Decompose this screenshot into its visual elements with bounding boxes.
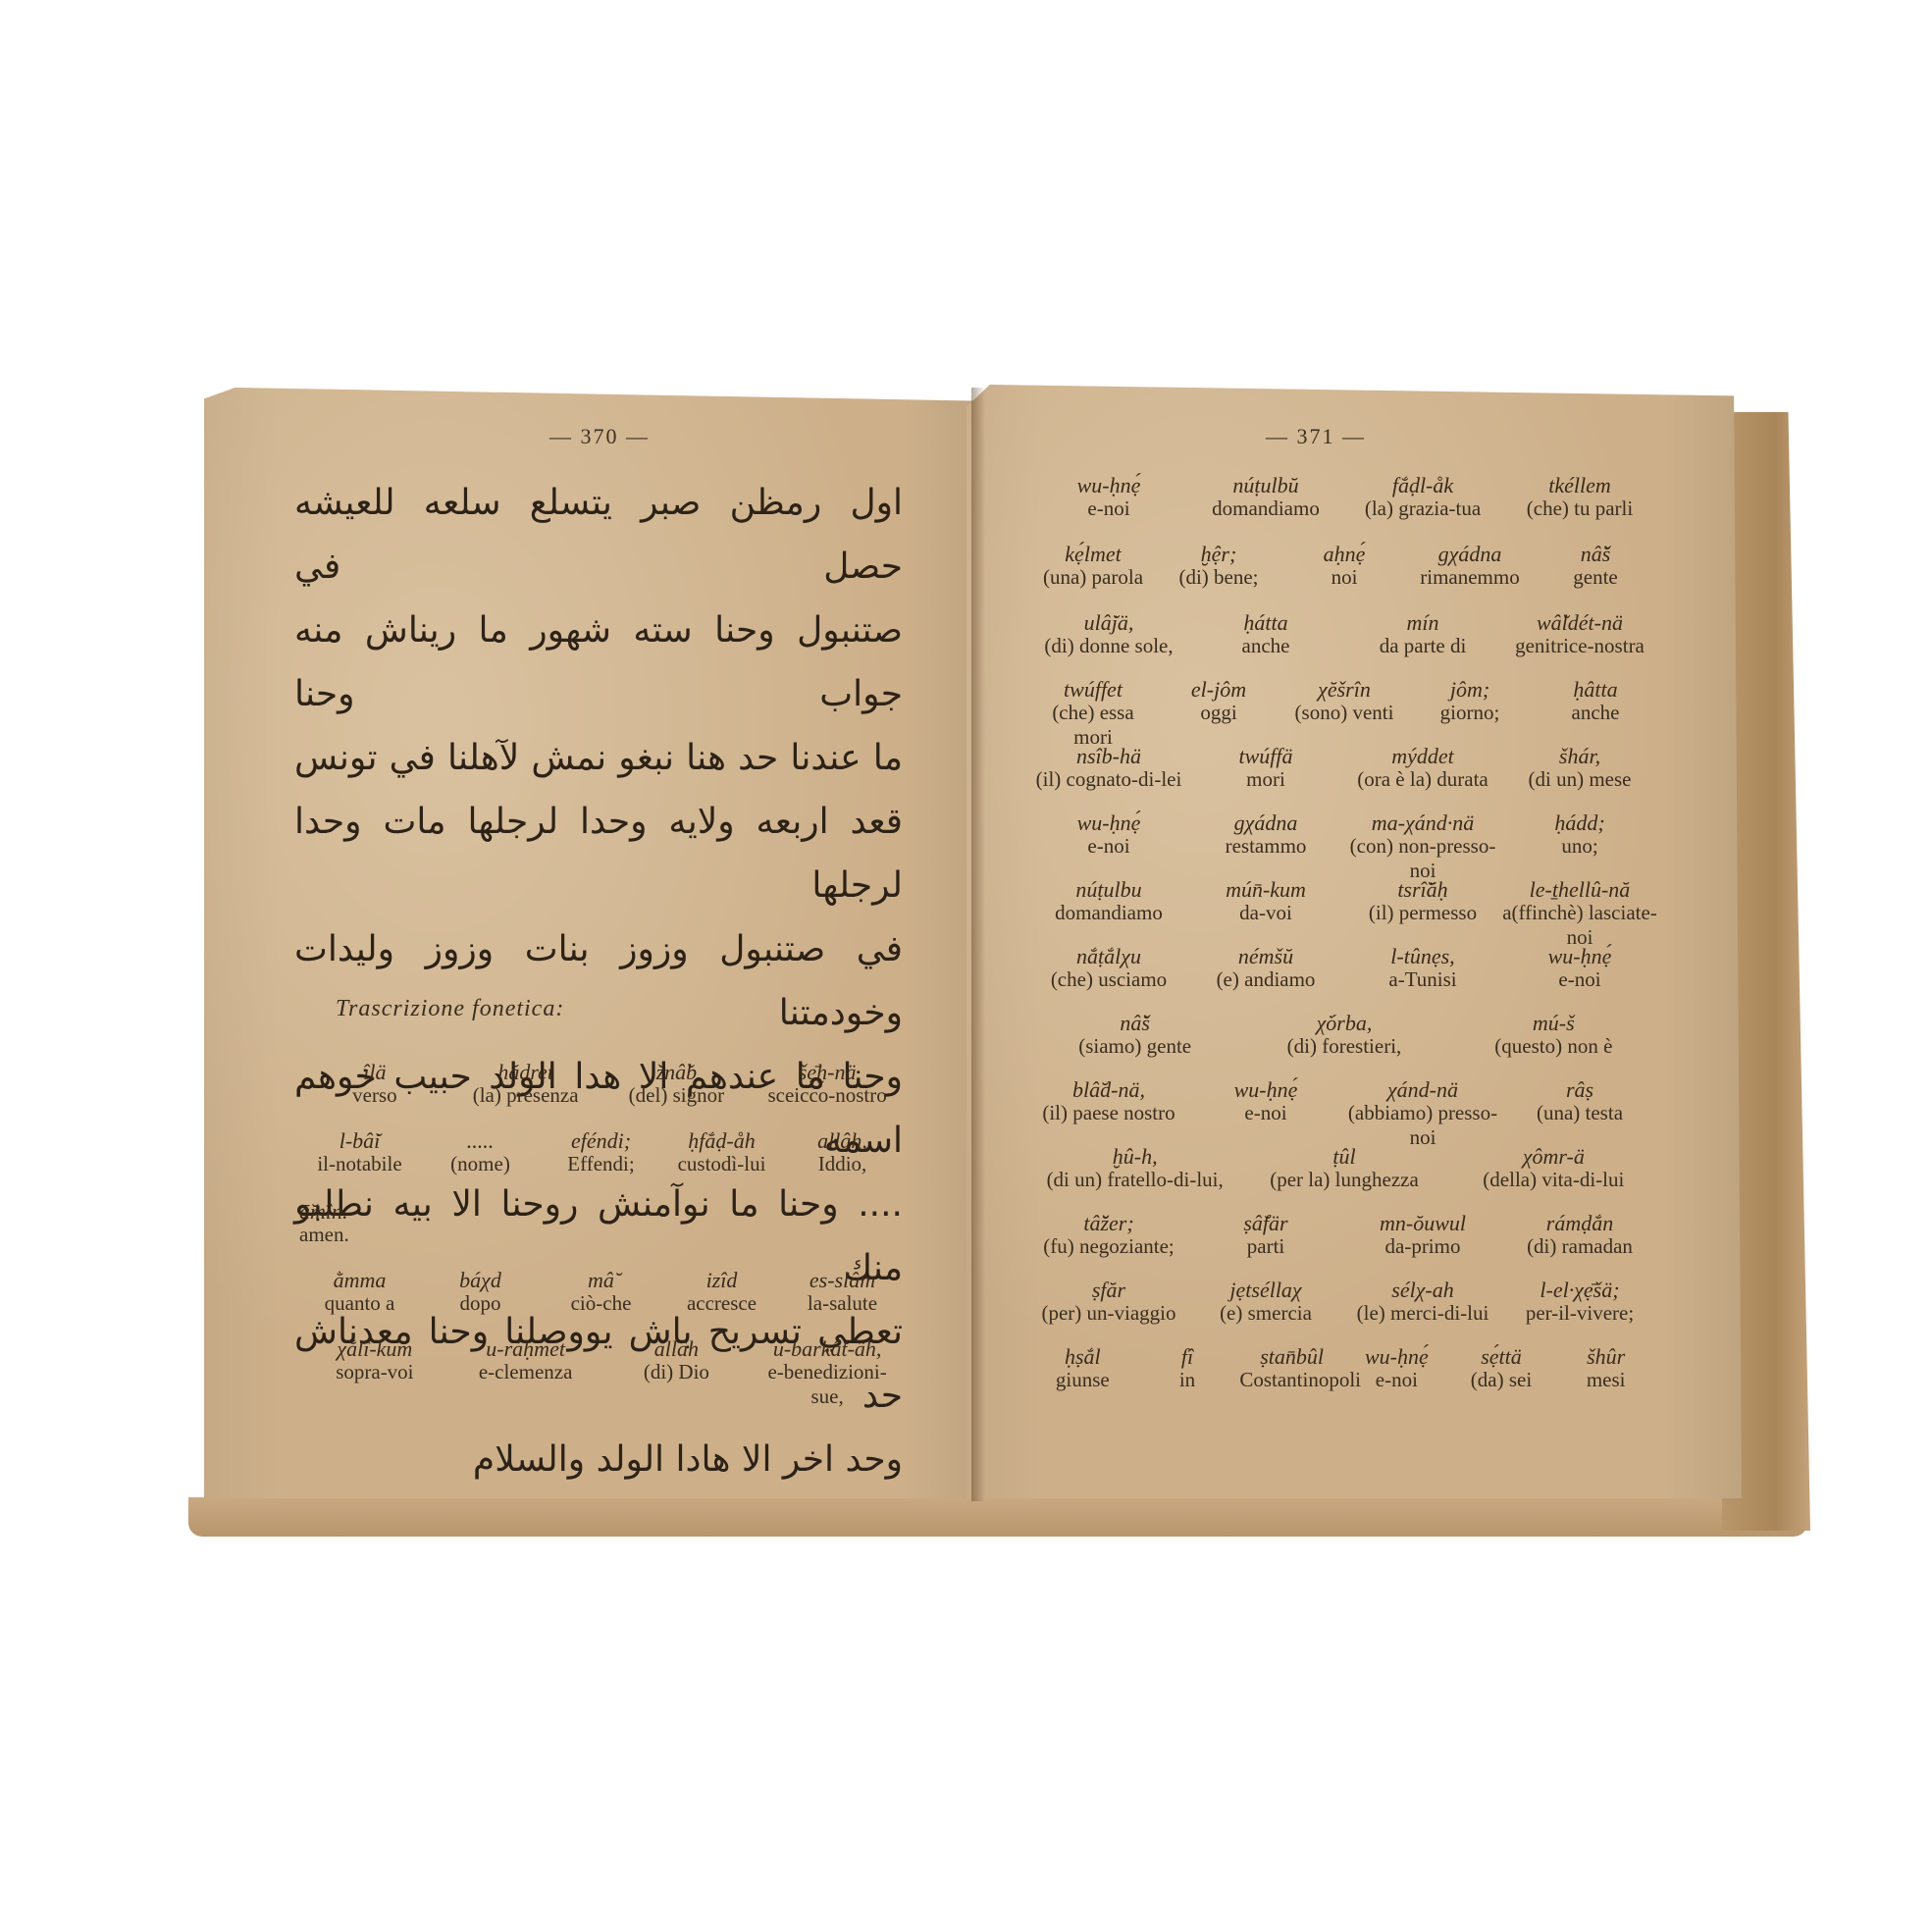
gloss-pair: mýddet(ora è la) durata: [1344, 744, 1501, 792]
transliteration: ḥádd;: [1501, 810, 1658, 836]
italian-gloss: (del) signor: [601, 1083, 753, 1108]
page-number-left: — 370 —: [549, 424, 650, 449]
italian-gloss: (di) ramadan: [1501, 1234, 1658, 1259]
transliteration: mýddet: [1344, 744, 1501, 769]
gloss-pair: žnâ̆b(del) signor: [601, 1060, 753, 1108]
transliteration: tâ̆žer;: [1030, 1211, 1187, 1236]
transliteration: ḫệr;: [1156, 542, 1281, 567]
italian-gloss: gente: [1533, 565, 1658, 590]
transliteration: χômr-ä: [1449, 1144, 1658, 1170]
italian-gloss: (di un) mese: [1501, 767, 1658, 792]
italian-gloss: mesi: [1553, 1368, 1658, 1392]
italian-gloss: e-noi: [1501, 967, 1658, 992]
italian-gloss: domandiamo: [1187, 496, 1344, 521]
transliteration: mún̄-kum: [1187, 877, 1344, 903]
transliteration: nắṭắlχu: [1030, 944, 1187, 969]
gloss-pair: ma-χánd·nä(con) non-presso-noi: [1344, 810, 1501, 883]
italian-gloss: sopra-voi: [299, 1360, 450, 1384]
arabic-line: وحد اخر الا هادا الولد والسلام: [294, 1428, 903, 1491]
italian-gloss: anche: [1187, 634, 1344, 658]
gloss-pair: ḫû-h,(di un) fratello-di-lui,: [1030, 1144, 1239, 1192]
transliteration: nâ̆š: [1533, 542, 1658, 567]
gloss-pair: nâ̆šgente: [1533, 542, 1658, 590]
transliteration: ḥátta: [1187, 610, 1344, 636]
italian-gloss: domandiamo: [1030, 901, 1187, 925]
italian-gloss: (di) donne sole,: [1030, 634, 1187, 658]
gloss-pair: mún̄-kumda-voi: [1187, 877, 1344, 925]
transliteration: ṣtan̄bûl: [1239, 1344, 1344, 1370]
gloss-pair: nâ̆š(siamo) gente: [1030, 1011, 1239, 1059]
transliteration: mn-ŏuwul: [1344, 1211, 1501, 1236]
italian-gloss: ciò-che: [541, 1291, 661, 1316]
transliteration: izîd: [661, 1268, 782, 1293]
transliteration: eféndi;: [541, 1128, 661, 1154]
italian-gloss: da-primo: [1344, 1234, 1501, 1259]
italian-gloss: in: [1135, 1368, 1240, 1392]
transliteration: wu-ḥnẹ́: [1344, 1344, 1449, 1370]
gloss-pair: wu-ḥnẹ́e-noi: [1344, 1344, 1449, 1392]
transliteration: χ̇órba,: [1239, 1011, 1448, 1036]
italian-gloss: e-noi: [1030, 496, 1187, 521]
italian-gloss: (della) vita-di-lui: [1449, 1168, 1658, 1192]
transliteration: žnâ̆b: [601, 1060, 753, 1085]
transliteration: tkéllem: [1501, 473, 1658, 498]
transliteration: nâ̆š: [1030, 1011, 1239, 1036]
italian-gloss: noi: [1281, 565, 1407, 590]
transliteration: χĕšrîn: [1281, 677, 1407, 703]
italian-gloss: e-clemenza: [450, 1360, 601, 1384]
transliteration: jẹtséllaχ: [1187, 1278, 1344, 1303]
italian-gloss: Costantinopoli: [1239, 1368, 1344, 1392]
gloss-pair: ḥáttaanche: [1187, 610, 1344, 658]
gloss-pair: báχddopo: [420, 1268, 541, 1316]
gloss-pair: ằmmaquanto a: [299, 1268, 420, 1316]
gloss-pair: jôm;giorno;: [1407, 677, 1533, 725]
transliteration: râṣ: [1501, 1077, 1658, 1103]
italian-gloss: (per la) lunghezza: [1239, 1168, 1448, 1192]
transliteration: wâ̆ldét-nä: [1501, 610, 1658, 636]
transliteration: mâ̆: [541, 1268, 661, 1293]
italian-gloss: (di un) fratello-di-lui,: [1030, 1168, 1239, 1192]
gloss-pair: mú-š(questo) non è: [1449, 1011, 1658, 1059]
italian-gloss: e-noi: [1344, 1368, 1449, 1392]
italian-gloss: e-noi: [1030, 834, 1187, 859]
gloss-pair: l-tûnẹs,a-Tunisi: [1344, 944, 1501, 992]
gloss-pair: îläverso: [299, 1060, 450, 1108]
italian-gloss: (che) essa mori: [1030, 701, 1156, 750]
gloss-pair: fîin: [1135, 1344, 1240, 1392]
gloss-pair: χĕšrîn(sono) venti: [1281, 677, 1407, 725]
italian-gloss: da-voi: [1187, 901, 1344, 925]
gloss-pair: šhár,(di un) mese: [1501, 744, 1658, 792]
transliteration: núṭulbŭ: [1187, 473, 1344, 498]
transliteration: šhár,: [1501, 744, 1658, 769]
transliteration: ā̆mîn.: [299, 1199, 417, 1225]
gloss-pair: χ̇órba,(di) forestieri,: [1239, 1011, 1448, 1059]
italian-gloss: (per) un-viaggio: [1030, 1301, 1187, 1326]
transliteration: šẹ̄ḫ-nä: [752, 1060, 903, 1085]
gloss-pair: ḥădret(la) presenza: [450, 1060, 601, 1108]
gloss-pair: mínda parte di: [1344, 610, 1501, 658]
gloss-pair: allâh(di) Dio: [601, 1336, 753, 1384]
transliteration: îlä: [299, 1060, 450, 1085]
italian-gloss: parti: [1187, 1234, 1344, 1259]
italian-gloss: (di) Dio: [601, 1360, 753, 1384]
italian-gloss: (il) paese nostro: [1030, 1101, 1187, 1125]
transliteration: wu-ḥnẹ́: [1187, 1077, 1344, 1103]
transliteration: χánd-nä: [1344, 1077, 1501, 1103]
gloss-pair: l-bâ̆iil-notabile: [299, 1128, 420, 1176]
italian-gloss: restammo: [1187, 834, 1344, 859]
italian-gloss: (la) presenza: [450, 1083, 601, 1108]
transliteration: aḥnẹ́: [1281, 542, 1407, 567]
gloss-pair: kẹ́lmet(una) parola: [1030, 542, 1156, 590]
italian-gloss: (di) forestieri,: [1239, 1034, 1448, 1059]
transliteration: sélχ-ah: [1344, 1278, 1501, 1303]
section-heading: Trascrizione fonetica:: [336, 996, 564, 1022]
transliteration: núṭulbu: [1030, 877, 1187, 903]
italian-gloss: (il) permesso: [1344, 901, 1501, 925]
gloss-pair: ṣtan̄bûlCostantinopoli: [1239, 1344, 1344, 1392]
gloss-pair: fắḍl-åk(la) grazia-tua: [1344, 473, 1501, 521]
arabic-line: صتنبول وحنا سته شهور ما ريناش منه جواب و…: [294, 599, 903, 726]
transliteration: wu-ḥnẹ́: [1030, 810, 1187, 836]
transliteration: allâh,: [782, 1128, 903, 1154]
gloss-pair: wu-ḥnẹ́e-noi: [1501, 944, 1658, 992]
gloss-pair: ulâ̆jä,(di) donne sole,: [1030, 610, 1187, 658]
gloss-pair: ṭûl(per la) lunghezza: [1239, 1144, 1448, 1192]
transliteration: u-barkâ̆t-äh,: [752, 1336, 903, 1362]
italian-gloss: mori: [1187, 767, 1344, 792]
italian-gloss: e-noi: [1187, 1101, 1344, 1125]
italian-gloss: da parte di: [1344, 634, 1501, 658]
gloss-pair: wu-ḥnẹ́e-noi: [1030, 473, 1187, 521]
gloss-pair: ḥâttaanche: [1533, 677, 1658, 725]
gloss-pair: wu-ḥnẹ́e-noi: [1187, 1077, 1344, 1125]
italian-gloss: sceicco-nostro: [752, 1083, 903, 1108]
gloss-pair: rámḍắn(di) ramadan: [1501, 1211, 1658, 1259]
transliteration: l-el·χẹ̄šä;: [1501, 1278, 1658, 1303]
transliteration: ḫû-h,: [1030, 1144, 1239, 1170]
italian-gloss: (fu) negoziante;: [1030, 1234, 1187, 1259]
transliteration: le-ṯhellû-nă: [1501, 877, 1658, 903]
gloss-pair: némšŭ(e) andiamo: [1187, 944, 1344, 992]
italian-gloss: (il) cognato-di-lei: [1030, 767, 1187, 792]
transliteration: mín: [1344, 610, 1501, 636]
transliteration: twúffet: [1030, 677, 1156, 703]
gloss-pair: ḫệr;(di) bene;: [1156, 542, 1281, 590]
gloss-pair: ṣfăr(per) un-viaggio: [1030, 1278, 1187, 1326]
gloss-pair: núṭulbudomandiamo: [1030, 877, 1187, 925]
italian-gloss: (da) sei: [1449, 1368, 1554, 1392]
transliteration: jôm;: [1407, 677, 1533, 703]
transliteration: fắḍl-åk: [1344, 473, 1501, 498]
gloss-pair: gχádnarestammo: [1187, 810, 1344, 859]
gloss-pair: eféndi;Effendi;: [541, 1128, 661, 1176]
gloss-pair: aḥnẹ́noi: [1281, 542, 1407, 590]
transliteration: ḥṣắl: [1030, 1344, 1135, 1370]
arabic-line: اول رمظن صبر يتسلع سلعه للعيشه حصل في: [294, 471, 903, 599]
gloss-pair: gχádnarimanemmo: [1407, 542, 1533, 590]
transliteration: tsrî̆ăḥ: [1344, 877, 1501, 903]
italian-gloss: custodì-lui: [661, 1152, 782, 1176]
transliteration: ḥfắḍ-åh: [661, 1128, 782, 1154]
gloss-pair: wu-ḥnẹ́e-noi: [1030, 810, 1187, 859]
italian-gloss: (ora è la) durata: [1344, 767, 1501, 792]
transliteration: l-tûnẹs,: [1344, 944, 1501, 969]
arabic-line: قعد اربعه ولايه وحدا لرجلها مات وحدا لرج…: [294, 790, 903, 917]
transliteration: u-ráḥmet: [450, 1336, 601, 1362]
transliteration: báχd: [420, 1268, 541, 1293]
transliteration: ulâ̆jä,: [1030, 610, 1187, 636]
italian-gloss: (la) grazia-tua: [1344, 496, 1501, 521]
transliteration: ṣfăr: [1030, 1278, 1187, 1303]
italian-gloss: (di) bene;: [1156, 565, 1281, 590]
italian-gloss: Effendi;: [541, 1152, 661, 1176]
arabic-line: ما عندنا حد هنا نبغو نمش لآهلنا في تونس: [294, 726, 903, 790]
italian-gloss: (nome): [420, 1152, 541, 1176]
italian-gloss: il-notabile: [299, 1152, 420, 1176]
italian-gloss: (siamo) gente: [1030, 1034, 1239, 1059]
gloss-pair: wâ̆ldét-nägenitrice-nostra: [1501, 610, 1658, 658]
italian-gloss: anche: [1533, 701, 1658, 725]
gloss-pair: sélχ-ah(le) merci-di-lui: [1344, 1278, 1501, 1326]
transliteration: fî: [1135, 1344, 1240, 1370]
transliteration: l-bâ̆i: [299, 1128, 420, 1154]
book-gutter: [971, 388, 985, 1501]
italian-gloss: (le) merci-di-lui: [1344, 1301, 1501, 1326]
transliteration: nsîb-hä: [1030, 744, 1187, 769]
italian-gloss: per-il-vivere;: [1501, 1301, 1658, 1326]
book-cover-bottom-edge: [188, 1497, 1807, 1537]
italian-gloss: (abbiamo) presso-noi: [1344, 1101, 1501, 1150]
gloss-pair: izîdaccresce: [661, 1268, 782, 1316]
gloss-pair: el-jômoggi: [1156, 677, 1281, 725]
gloss-pair: l-el·χẹ̄šä;per-il-vivere;: [1501, 1278, 1658, 1326]
transliteration: blâ̆d-nä,: [1030, 1077, 1187, 1103]
gloss-pair: ḥṣắlgiunse: [1030, 1344, 1135, 1392]
gloss-pair: mn-ŏuwulda-primo: [1344, 1211, 1501, 1259]
italian-gloss: (e) smercia: [1187, 1301, 1344, 1326]
italian-gloss: (che) tu parli: [1501, 496, 1658, 521]
gloss-pair: šẹ̄ḫ-näsceicco-nostro: [752, 1060, 903, 1108]
gloss-pair: râṣ(una) testa: [1501, 1077, 1658, 1125]
italian-gloss: la-salute: [782, 1291, 903, 1316]
arabic-line: في صتنبول وزوز بنات وزوز وليدات وخودمتنا: [294, 917, 903, 1045]
italian-gloss: giorno;: [1407, 701, 1533, 725]
transliteration: rámḍắn: [1501, 1211, 1658, 1236]
gloss-pair: jẹtséllaχ(e) smercia: [1187, 1278, 1344, 1326]
page-number-right: — 371 —: [1266, 424, 1366, 449]
italian-gloss: a-Tunisi: [1344, 967, 1501, 992]
italian-gloss: a(ffinchè) lasciate-noi: [1501, 901, 1658, 950]
italian-gloss: (che) usciamo: [1030, 967, 1187, 992]
transliteration: sẹ́ttä: [1449, 1344, 1554, 1370]
transliteration: mú-š: [1449, 1011, 1658, 1036]
italian-gloss: (questo) non è: [1449, 1034, 1658, 1059]
gloss-pair: twúffet(che) essa mori: [1030, 677, 1156, 750]
transliteration: wu-ḥnẹ́: [1501, 944, 1658, 969]
transliteration: gχádna: [1187, 810, 1344, 836]
gloss-pair: χômr-ä(della) vita-di-lui: [1449, 1144, 1658, 1192]
transliteration: es-slâm: [782, 1268, 903, 1293]
gloss-pair: .....(nome): [420, 1128, 541, 1176]
transliteration: ḥădret: [450, 1060, 601, 1085]
italian-gloss: dopo: [420, 1291, 541, 1316]
italian-gloss: accresce: [661, 1291, 782, 1316]
gloss-pair: ḥfắḍ-åhcustodì-lui: [661, 1128, 782, 1176]
gloss-pair: blâ̆d-nä,(il) paese nostro: [1030, 1077, 1187, 1125]
italian-gloss: oggi: [1156, 701, 1281, 725]
italian-gloss: (una) parola: [1030, 565, 1156, 590]
transliteration: el-jôm: [1156, 677, 1281, 703]
transliteration: χắlî-kum: [299, 1336, 450, 1362]
open-book: — 370 — — 371 — اول رمظن صبر يتسلع سلعه …: [0, 0, 1932, 1932]
gloss-pair: le-ṯhellû-năa(ffinchè) lasciate-noi: [1501, 877, 1658, 950]
transliteration: wu-ḥnẹ́: [1030, 473, 1187, 498]
gloss-pair: nsîb-hä(il) cognato-di-lei: [1030, 744, 1187, 792]
transliteration: ṭûl: [1239, 1144, 1448, 1170]
gloss-pair: ā̆mîn.amen.: [299, 1199, 417, 1247]
transliteration: gχádna: [1407, 542, 1533, 567]
gloss-pair: mâ̆ciò-che: [541, 1268, 661, 1316]
italian-gloss: verso: [299, 1083, 450, 1108]
gloss-pair: χánd-nä(abbiamo) presso-noi: [1344, 1077, 1501, 1150]
gloss-pair: tsrî̆ăḥ(il) permesso: [1344, 877, 1501, 925]
transliteration: .....: [420, 1128, 541, 1154]
italian-gloss: uno;: [1501, 834, 1658, 859]
transliteration: allâh: [601, 1336, 753, 1362]
italian-gloss: (sono) venti: [1281, 701, 1407, 725]
italian-gloss: Iddio,: [782, 1152, 903, 1176]
italian-gloss: rimanemmo: [1407, 565, 1533, 590]
italian-gloss: genitrice-nostra: [1501, 634, 1658, 658]
transliteration: šhûr: [1553, 1344, 1658, 1370]
gloss-pair: χắlî-kumsopra-voi: [299, 1336, 450, 1384]
italian-gloss: (con) non-presso-noi: [1344, 834, 1501, 883]
transliteration: ma-χánd·nä: [1344, 810, 1501, 836]
italian-gloss: giunse: [1030, 1368, 1135, 1392]
gloss-pair: allâh,Iddio,: [782, 1128, 903, 1176]
transliteration: ḥâtta: [1533, 677, 1658, 703]
transliteration: kẹ́lmet: [1030, 542, 1156, 567]
gloss-pair: u-barkâ̆t-äh,e-benedizioni-sue,: [752, 1336, 903, 1409]
transliteration: twúffä: [1187, 744, 1344, 769]
italian-gloss: e-benedizioni-sue,: [752, 1360, 903, 1409]
transliteration: némšŭ: [1187, 944, 1344, 969]
gloss-pair: núṭulbŭdomandiamo: [1187, 473, 1344, 521]
italian-gloss: (e) andiamo: [1187, 967, 1344, 992]
italian-gloss: (una) testa: [1501, 1101, 1658, 1125]
italian-gloss: amen.: [299, 1223, 417, 1247]
gloss-pair: ḥádd;uno;: [1501, 810, 1658, 859]
gloss-pair: twúffämori: [1187, 744, 1344, 792]
italian-gloss: quanto a: [299, 1291, 420, 1316]
transliteration: ṣâ̆fär: [1187, 1211, 1344, 1236]
gloss-pair: nắṭắlχu(che) usciamo: [1030, 944, 1187, 992]
gloss-pair: sẹ́ttä(da) sei: [1449, 1344, 1554, 1392]
gloss-pair: tâ̆žer;(fu) negoziante;: [1030, 1211, 1187, 1259]
gloss-pair: u-ráḥmete-clemenza: [450, 1336, 601, 1384]
gloss-pair: ṣâ̆färparti: [1187, 1211, 1344, 1259]
gloss-pair: tkéllem(che) tu parli: [1501, 473, 1658, 521]
gloss-pair: es-slâmla-salute: [782, 1268, 903, 1316]
gloss-pair: šhûrmesi: [1553, 1344, 1658, 1392]
transliteration: ằmma: [299, 1268, 420, 1293]
